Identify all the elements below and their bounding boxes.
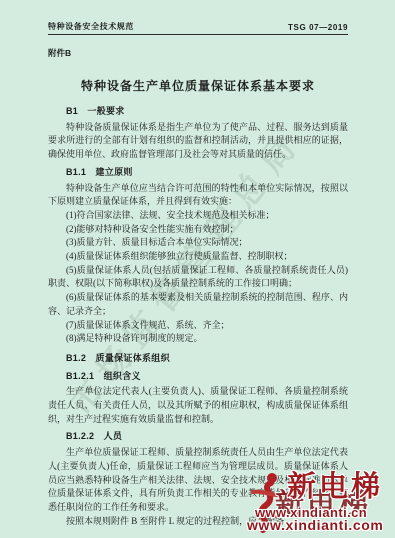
attachment-label: 附件B [48, 47, 348, 59]
para-organization: 生产单位法定代表人(主要负责人)、质量保证工程师、各质量控制系统责任人员、有关责… [48, 385, 348, 426]
logo-brand-text: 新电梯 [287, 464, 383, 505]
spec-title: 特种设备安全技术规范 [48, 21, 134, 32]
heading-b1-2: B1.2 质量保证体系组织 [48, 352, 348, 366]
list-item-3: (3)质量方针、质量目标适合本单位实际情况； [48, 236, 348, 250]
document-page: 特种设备安全技术规范 TSG 07—2019 附件B 特种设备生产单位质量保证体… [0, 0, 395, 538]
site-logo-watermark: 新电梯 新电梯 www.xindianti.cn www.xindianti.c… [245, 468, 395, 538]
page-title: 特种设备生产单位质量保证体系基本要求 [48, 77, 348, 94]
list-item-7: (7)质量保证体系文件规范、系统、齐全； [48, 319, 348, 333]
logo-url-com: www.xindianti.com [247, 517, 383, 533]
list-item-1: (1)符合国家法律、法规、安全技术规范及相关标准； [48, 209, 348, 223]
para-definition: 特种设备质量保证体系是指生产单位为了使产品、过程、服务达到质量要求所进行的全部有… [48, 121, 348, 162]
para-principles: 特种设备生产单位应当结合许可范围的特性和本单位实际情况，按照以下原则建立质量保证… [48, 182, 348, 209]
list-item-6: (6)质量保证体系的基本要素及相关质量控制系统的控制范围、程序、内容、记录齐全； [48, 291, 348, 318]
list-item-4: (4)质量保证体系组织能够独立行使质量监督、控制职权； [48, 250, 348, 264]
heading-b1: B1 一般要求 [48, 105, 348, 119]
list-item-8: (8)满足特种设备许可制度的规定。 [48, 332, 348, 346]
list-item-5: (5)质量保证体系人员(包括质量保证工程师、各质量控制系统责任人员)职责、权限(… [48, 264, 348, 291]
heading-b1-2-1: B1.2.1 组织含义 [48, 370, 348, 384]
heading-b1-2-2: B1.2.2 人员 [48, 430, 348, 444]
heading-b1-1: B1.1 建立原则 [48, 166, 348, 180]
document-header: 特种设备安全技术规范 TSG 07—2019 [48, 21, 348, 35]
list-item-2: (2)能够对特种设备安全性能实施有效控制； [48, 223, 348, 237]
doc-number: TSG 07—2019 [288, 23, 348, 32]
